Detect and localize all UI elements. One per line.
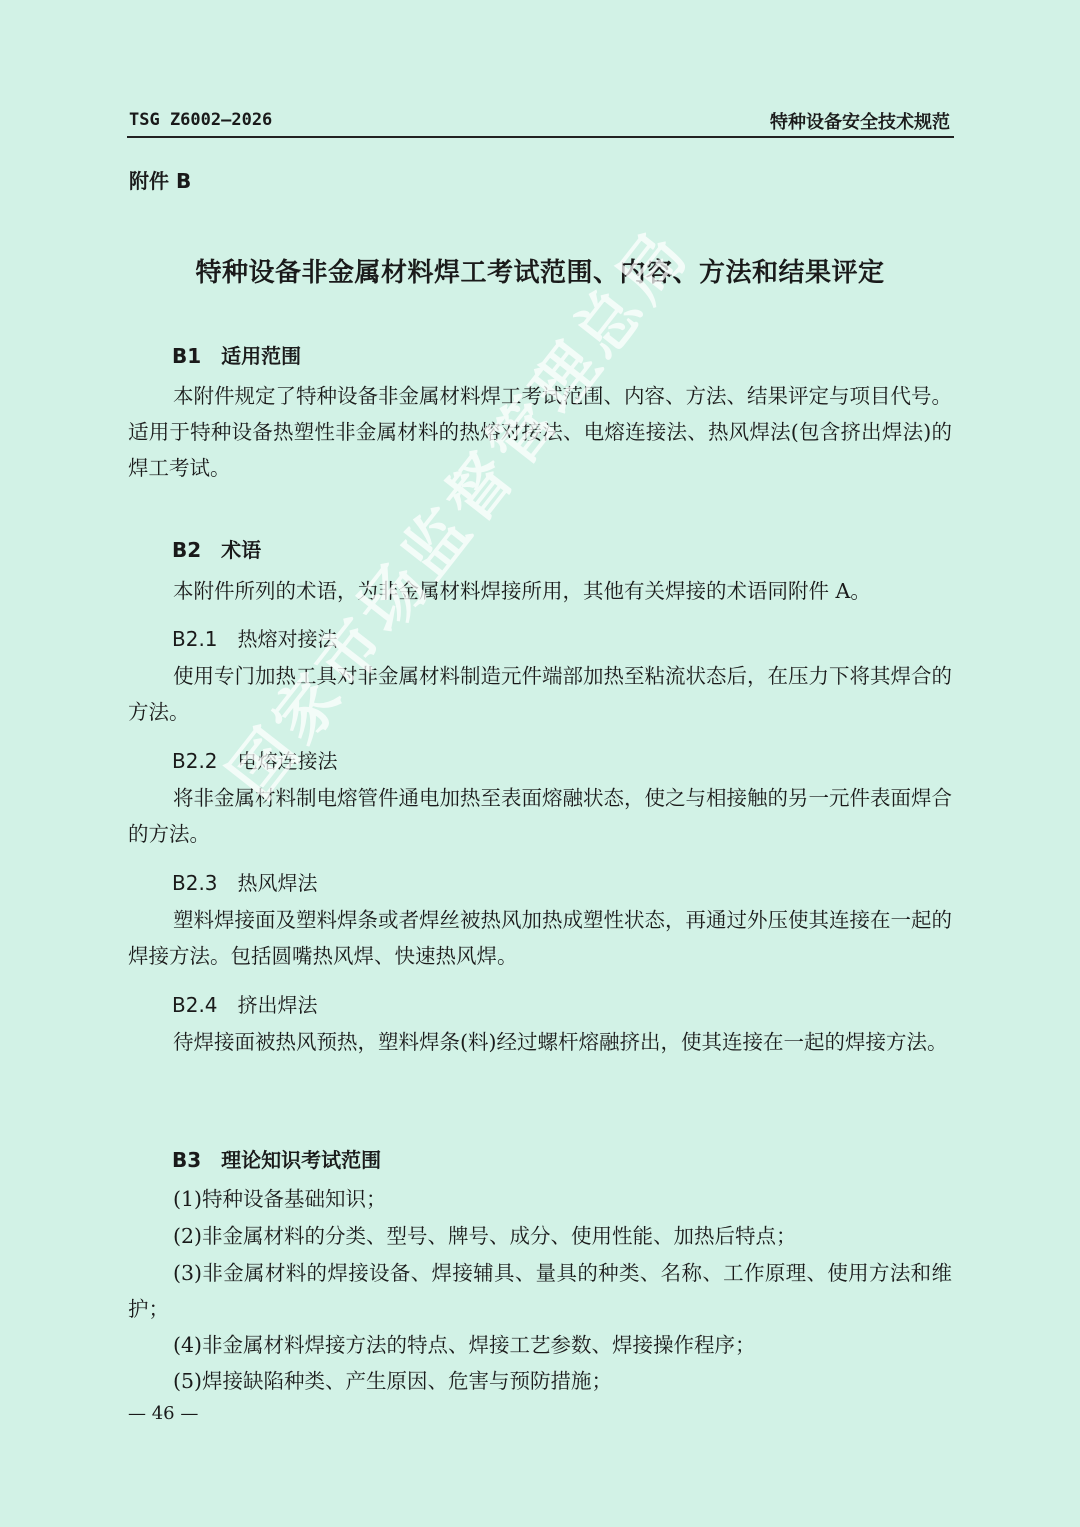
list-item: (1)特种设备基础知识； <box>128 1181 952 1217</box>
section-heading-b2: B2 术语 <box>172 534 261 563</box>
subsection-heading-b2-4: B2.4 挤出焊法 <box>172 989 318 1018</box>
section-paragraph-b2: 本附件所列的术语，为非金属材料焊接所用，其他有关焊接的术语同附件 A。 <box>128 573 952 609</box>
document-page: TSG Z6002—2026 特种设备安全技术规范 附件 B 特种设备非金属材料… <box>0 0 1080 1527</box>
section-paragraph-b1: 本附件规定了特种设备非金属材料焊工考试范围、内容、方法、结果评定与项目代号。适用… <box>128 378 952 486</box>
document-code: TSG Z6002—2026 <box>129 110 272 130</box>
section-heading-b3: B3 理论知识考试范围 <box>172 1144 381 1173</box>
list-item: (3)非金属材料的焊接设备、焊接辅具、量具的种类、名称、工作原理、使用方法和维护… <box>128 1255 952 1327</box>
page-title: 特种设备非金属材料焊工考试范围、内容、方法和结果评定 <box>0 252 1080 289</box>
list-item: (4)非金属材料焊接方法的特点、焊接工艺参数、焊接操作程序； <box>128 1327 952 1363</box>
subsection-paragraph-b2-2: 将非金属材料制电熔管件通电加热至表面熔融状态，使之与相接触的另一元件表面焊合的方… <box>128 780 952 852</box>
page-header: TSG Z6002—2026 特种设备安全技术规范 <box>127 108 954 138</box>
list-item: (2)非金属材料的分类、型号、牌号、成分、使用性能、加热后特点； <box>128 1218 952 1254</box>
subsection-heading-b2-1: B2.1 热熔对接法 <box>172 623 338 652</box>
subsection-paragraph-b2-1: 使用专门加热工具对非金属材料制造元件端部加热至粘流状态后，在压力下将其焊合的方法… <box>128 658 952 730</box>
subsection-heading-b2-2: B2.2 电熔连接法 <box>172 745 338 774</box>
subsection-heading-b2-3: B2.3 热风焊法 <box>172 867 318 896</box>
page-number: — 46 — <box>128 1403 198 1424</box>
list-item: (5)焊接缺陷种类、产生原因、危害与预防措施； <box>128 1363 952 1399</box>
subsection-paragraph-b2-4: 待焊接面被热风预热，塑料焊条(料)经过螺杆熔融挤出，使其连接在一起的焊接方法。 <box>128 1024 952 1060</box>
section-heading-b1: B1 适用范围 <box>172 340 301 369</box>
series-title: 特种设备安全技术规范 <box>770 108 950 134</box>
appendix-label: 附件 B <box>129 165 191 194</box>
subsection-paragraph-b2-3: 塑料焊接面及塑料焊条或者焊丝被热风加热成塑性状态，再通过外压使其连接在一起的焊接… <box>128 902 952 974</box>
